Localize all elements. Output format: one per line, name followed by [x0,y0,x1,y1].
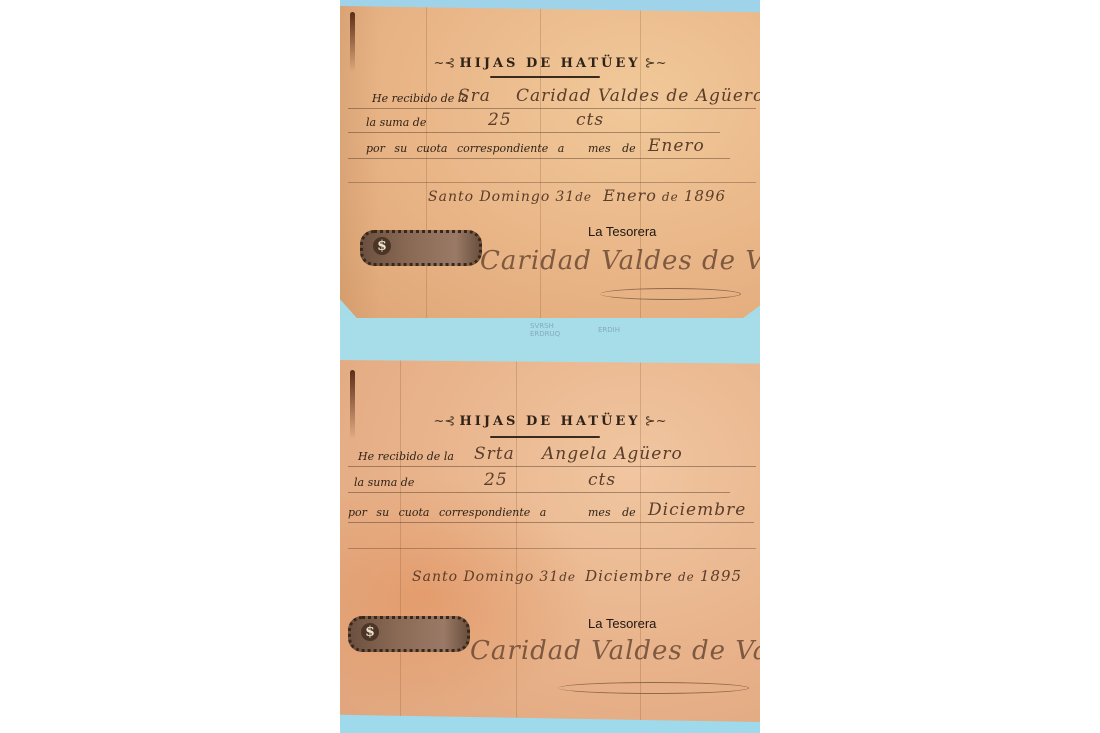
ink-stain [350,370,355,440]
flourish-right-icon: ⊱~ [641,56,667,71]
header-rule [490,76,600,78]
flourish-left-icon: ~⊰ [434,414,460,429]
background-stamp-2: ERDIH [598,326,620,334]
treasurer-signature: Caridad Valdes de Valdez [480,246,760,276]
blank-line [348,526,756,549]
blank-line [348,160,756,183]
receipt-header: ~⊰ HIJAS DE HATÜEY ⊱~ [340,414,760,429]
amount-cartouche: $ [360,230,482,266]
amount-cartouche: $ [348,616,470,652]
date-line: Santo Domingo 31de Diciembre de 1895 [412,566,742,585]
dollar-icon: $ [361,623,379,641]
signature-flourish [558,682,749,694]
document-photo: SVRSH ERDRUQ ERDIH ~⊰ HIJAS DE HATÜEY ⊱~… [340,0,760,733]
header-rule [490,436,600,438]
date-line: Santo Domingo 31de Enero de 1896 [428,186,726,205]
signature-flourish [600,288,741,300]
treasurer-signature: Caridad Valdes de Valdez [470,636,760,666]
receipt-header: ~⊰ HIJAS DE HATÜEY ⊱~ [340,56,760,71]
flourish-right-icon: ⊱~ [641,414,667,429]
amount-line: la suma de 25 cts [348,110,720,133]
received-from-line: He recibido de la Srta Angela Agüero [348,444,756,467]
receipt-january: ~⊰ HIJAS DE HATÜEY ⊱~ He recibido de la … [340,6,760,318]
treasurer-label: La Tesorera [588,224,656,239]
dollar-icon: $ [373,237,391,255]
background-stamp: SVRSH ERDRUQ [530,322,560,338]
amount-line: la suma de 25 cts [348,470,730,493]
flourish-left-icon: ~⊰ [434,56,460,71]
received-from-line: He recibido de la Sra Caridad Valdes de … [348,86,756,109]
treasurer-label: La Tesorera [588,616,656,631]
purpose-line: por su cuota correspondiente a mes de En… [348,136,730,159]
purpose-line: por su cuota correspondiente a mes de Di… [348,500,754,523]
receipt-december: ~⊰ HIJAS DE HATÜEY ⊱~ He recibido de la … [340,360,760,722]
